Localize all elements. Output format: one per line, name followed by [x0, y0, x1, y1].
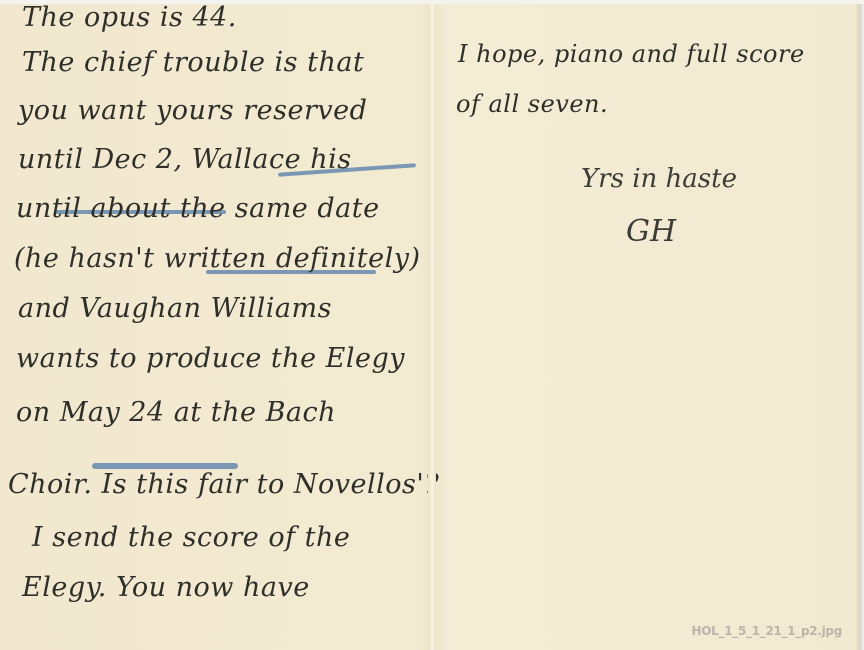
letter-line-6: (he hasn't written definitely) — [14, 243, 421, 274]
filename-watermark: HOL_1_5_1_21_1_p2.jpg — [692, 624, 842, 638]
page-fold — [428, 4, 436, 650]
letter-sheet: The opus is 44. The chief trouble is tha… — [0, 4, 864, 650]
letter-line-10: Choir. Is this fair to Novellos'? — [8, 469, 439, 500]
letter-line-4: until Dec 2, Wallace his — [18, 144, 352, 175]
page-edge — [856, 4, 864, 650]
letter-line-11: I send the score of the — [32, 522, 350, 553]
letter-line-9: on May 24 at the Bach — [16, 397, 336, 428]
letter-line-13: I hope, piano and full score — [458, 40, 805, 68]
closing: Yrs in haste — [581, 164, 737, 194]
letter-line-12: Elegy. You now have — [22, 572, 310, 603]
letter-line-8: wants to produce the Elegy — [16, 343, 405, 374]
letter-line-7: and Vaughan Williams — [18, 293, 332, 324]
signature: GH — [626, 214, 676, 249]
letter-line-5: until about the same date — [16, 193, 380, 224]
letter-line-14: of all seven. — [456, 90, 608, 118]
letter-line-2: The chief trouble is that — [22, 47, 364, 78]
letter-line-1: The opus is 44. — [22, 2, 237, 33]
right-page: I hope, piano and full score of all seve… — [436, 4, 856, 650]
left-page: The opus is 44. The chief trouble is tha… — [0, 4, 428, 650]
letter-line-3: you want yours reserved — [18, 95, 367, 126]
